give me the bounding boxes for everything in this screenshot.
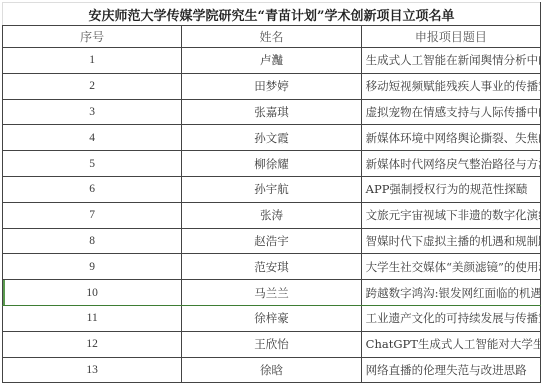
- cell-name[interactable]: 徐梓豪: [182, 305, 361, 331]
- cell-project[interactable]: 移动短视频赋能残疾人事业的传播策略研究: [361, 73, 540, 99]
- cell-name[interactable]: 张涛: [182, 202, 361, 228]
- cell-project[interactable]: APP强制授权行为的规范性探赜: [361, 176, 540, 202]
- cell-project[interactable]: 生成式人工智能在新闻舆情分析中的应用——以“文心一言”为例: [361, 48, 540, 74]
- cell-name[interactable]: 孙文霞: [182, 125, 361, 151]
- cell-no[interactable]: 2: [3, 73, 182, 99]
- table-row: 2 田梦婷 移动短视频赋能残疾人事业的传播策略研究: [3, 73, 541, 99]
- column-header-name: 姓名: [182, 26, 361, 48]
- table-row: 7 张涛 文旅元宇宙视域下非遗的数字化演绎与创新应用——以池州傩戏为例: [3, 202, 541, 228]
- cell-name[interactable]: 马兰兰: [182, 280, 361, 306]
- cell-no[interactable]: 4: [3, 125, 182, 151]
- cell-no[interactable]: 13: [3, 357, 182, 383]
- table-row: 3 张嘉琪 虚拟宠物在情感支持与人际传播中的作用研究: [3, 99, 541, 125]
- cell-project[interactable]: 文旅元宇宙视域下非遗的数字化演绎与创新应用——以池州傩戏为例: [361, 202, 540, 228]
- project-list-table: 安庆师范大学传媒学院研究生“青苗计划”学术创新项目立项名单 序号 姓名 申报项目…: [2, 2, 541, 383]
- table-row-selected: 10 马兰兰 跨越数字鸿沟:银发网红面临的机遇和挑战: [3, 280, 541, 306]
- cell-no[interactable]: 6: [3, 176, 182, 202]
- table-title: 安庆师范大学传媒学院研究生“青苗计划”学术创新项目立项名单: [3, 3, 541, 26]
- cell-name[interactable]: 徐晗: [182, 357, 361, 383]
- cell-name[interactable]: 柳徐耀: [182, 151, 361, 177]
- cell-project[interactable]: 新媒体时代网络戾气整治路径与方法的研究: [361, 151, 540, 177]
- cell-no[interactable]: 11: [3, 305, 182, 331]
- table-row: 1 卢灎 生成式人工智能在新闻舆情分析中的应用——以“文心一言”为例: [3, 48, 541, 74]
- column-header-no: 序号: [3, 26, 182, 48]
- cell-no[interactable]: 9: [3, 254, 182, 280]
- header-row: 序号 姓名 申报项目题目: [3, 26, 541, 48]
- cell-name[interactable]: 田梦婷: [182, 73, 361, 99]
- table-row: 12 王欣怡 ChatGPT生成式人工智能对大学生媒介素养影响研究: [3, 331, 541, 357]
- cell-project[interactable]: 跨越数字鸿沟:银发网红面临的机遇和挑战: [361, 280, 540, 306]
- cell-name[interactable]: 赵浩宇: [182, 228, 361, 254]
- cell-name[interactable]: 孙宇航: [182, 176, 361, 202]
- spreadsheet-view: 安庆师范大学传媒学院研究生“青苗计划”学术创新项目立项名单 序号 姓名 申报项目…: [0, 0, 544, 388]
- cell-project[interactable]: ChatGPT生成式人工智能对大学生媒介素养影响研究: [361, 331, 540, 357]
- cell-no[interactable]: 5: [3, 151, 182, 177]
- cell-name[interactable]: 卢灎: [182, 48, 361, 74]
- cell-project[interactable]: 虚拟宠物在情感支持与人际传播中的作用研究: [361, 99, 540, 125]
- cell-no[interactable]: 12: [3, 331, 182, 357]
- cell-project[interactable]: 网络直播的伦理失范与改进思路: [361, 357, 540, 383]
- cell-name[interactable]: 范安琪: [182, 254, 361, 280]
- table-row: 9 范安琪 大学生社交媒体“美颜滤镜”的使用动机和行为特征研究: [3, 254, 541, 280]
- table-row: 6 孙宇航 APP强制授权行为的规范性探赜: [3, 176, 541, 202]
- cell-no[interactable]: 3: [3, 99, 182, 125]
- cell-no-selected[interactable]: 10: [3, 280, 182, 306]
- table-row: 5 柳徐耀 新媒体时代网络戾气整治路径与方法的研究: [3, 151, 541, 177]
- cell-no[interactable]: 7: [3, 202, 182, 228]
- table-row: 11 徐梓豪 工业遗产文化的可持续发展与传播策略——以安庆油罐艺术中心为例: [3, 305, 541, 331]
- table-row: 13 徐晗 网络直播的伦理失范与改进思路: [3, 357, 541, 383]
- table-row: 4 孙文霞 新媒体环境中网络舆论撕裂、失焦的成因及治理研究: [3, 125, 541, 151]
- cell-name[interactable]: 张嘉琪: [182, 99, 361, 125]
- table-row: 8 赵浩宇 智媒时代下虚拟主播的机遇和规制路径: [3, 228, 541, 254]
- title-row: 安庆师范大学传媒学院研究生“青苗计划”学术创新项目立项名单: [3, 3, 541, 26]
- column-header-project: 申报项目题目: [361, 26, 540, 48]
- cell-project[interactable]: 新媒体环境中网络舆论撕裂、失焦的成因及治理研究: [361, 125, 540, 151]
- cell-no[interactable]: 1: [3, 48, 182, 74]
- cell-no[interactable]: 8: [3, 228, 182, 254]
- cell-project[interactable]: 工业遗产文化的可持续发展与传播策略——以安庆油罐艺术中心为例: [361, 305, 540, 331]
- cell-project[interactable]: 智媒时代下虚拟主播的机遇和规制路径: [361, 228, 540, 254]
- cell-name[interactable]: 王欣怡: [182, 331, 361, 357]
- cell-project[interactable]: 大学生社交媒体“美颜滤镜”的使用动机和行为特征研究: [361, 254, 540, 280]
